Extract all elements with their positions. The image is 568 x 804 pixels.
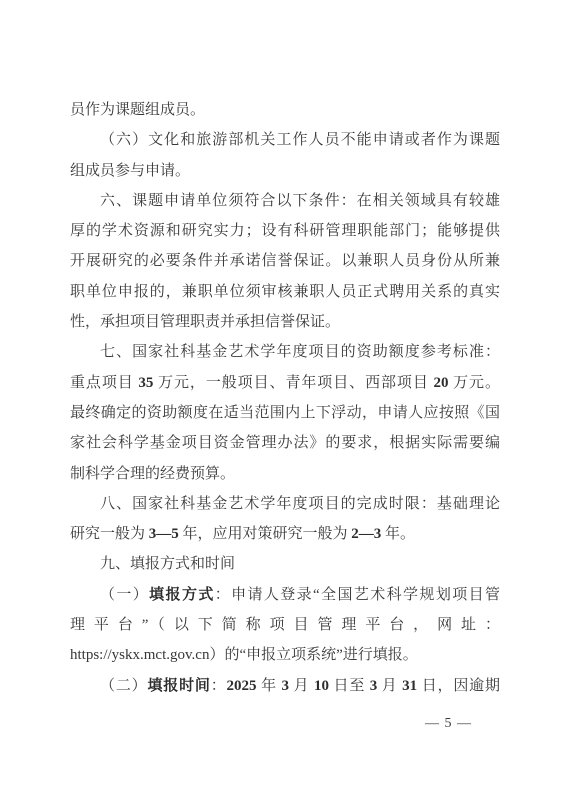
text-line: 制科学合理的经费预算。 <box>70 459 500 489</box>
date-number: 3 <box>282 678 290 694</box>
text-segment: ： <box>211 678 227 694</box>
section-heading: 九、填报方式和时间 <box>70 549 500 579</box>
date-number: 2025 <box>227 678 257 694</box>
duration-number: 2—3 <box>351 526 381 542</box>
text-line: 家社会科学基金项目资金管理办法》的要求，根据实际需要编 <box>70 428 500 458</box>
text-segment: （二） <box>100 678 147 694</box>
page-number: — 5 — <box>0 716 472 732</box>
text-line: 组成员参与申请。 <box>70 156 500 186</box>
text-line: 职单位申报的，兼职单位须审核兼职人员正式聘用关系的真实 <box>70 277 500 307</box>
text-line: （六）文化和旅游部机关工作人员不能申请或者作为课题 <box>70 125 500 155</box>
text-segment: 日至 <box>329 678 370 694</box>
text-line: 六、课题申请单位须符合以下条件：在相关领域具有较雄 <box>70 186 500 216</box>
text-line: 性，承担项目管理职责并承担信誉保证。 <box>70 307 500 337</box>
text-segment: （一） <box>100 587 149 603</box>
text-segment: 万元，一般项目、青年项目、西部项目 <box>153 375 433 391</box>
text-segment: 月 <box>377 678 402 694</box>
date-number: 31 <box>402 678 417 694</box>
text-line: 厚的学术资源和研究实力；设有科研管理职能部门；能够提供 <box>70 216 500 246</box>
text-line: （二）填报时间：2025 年 3 月 10 日至 3 月 31 日，因逾期 <box>70 671 500 701</box>
document-page: 员作为课题组成员。 （六）文化和旅游部机关工作人员不能申请或者作为课题 组成员参… <box>0 0 568 804</box>
amount-number: 20 <box>433 375 448 391</box>
text-line: （一）填报方式：申请人登录“全国艺术科学规划项目管 <box>70 580 500 610</box>
text-line-with-url: https://yskx.mct.gov.cn）的“申报立项系统”进行填报。 <box>70 640 500 670</box>
text-segment: 年，应用对策研究一般为 <box>179 526 352 542</box>
date-number: 10 <box>314 678 329 694</box>
document-body: 员作为课题组成员。 （六）文化和旅游部机关工作人员不能申请或者作为课题 组成员参… <box>70 95 500 701</box>
text-line: 最终确定的资助额度在适当范围内上下浮动，申请人应按照《国 <box>70 398 500 428</box>
text-segment: 年。 <box>381 526 415 542</box>
text-line: 开展研究的必要条件并承诺信誉保证。以兼职人员身份从所兼 <box>70 246 500 276</box>
text-segment: ：申请人登录“全国艺术科学规划项目管 <box>215 587 500 603</box>
amount-number: 35 <box>138 375 153 391</box>
text-segment: 月 <box>289 678 314 694</box>
text-line: 八、国家社科基金艺术学年度项目的完成时限：基础理论 <box>70 489 500 519</box>
bold-text-segment: 填报时间 <box>147 678 210 694</box>
text-line: 七、国家社科基金艺术学年度项目的资助额度参考标准： <box>70 337 500 367</box>
text-line: 员作为课题组成员。 <box>70 95 500 125</box>
text-line: 重点项目 35 万元，一般项目、青年项目、西部项目 20 万元。 <box>70 368 500 398</box>
text-line: 研究一般为 3—5 年，应用对策研究一般为 2—3 年。 <box>70 519 500 549</box>
text-line: 理平台”（以下简称项目管理平台，网址： <box>70 610 500 640</box>
duration-number: 3—5 <box>149 526 179 542</box>
text-segment: 万元。 <box>448 375 500 391</box>
text-segment: 研究一般为 <box>70 526 149 542</box>
text-segment: 重点项目 <box>70 375 138 391</box>
text-segment: 年 <box>257 678 282 694</box>
bold-text-segment: 填报方式 <box>149 587 215 603</box>
text-segment: 日，因逾期 <box>417 678 500 694</box>
